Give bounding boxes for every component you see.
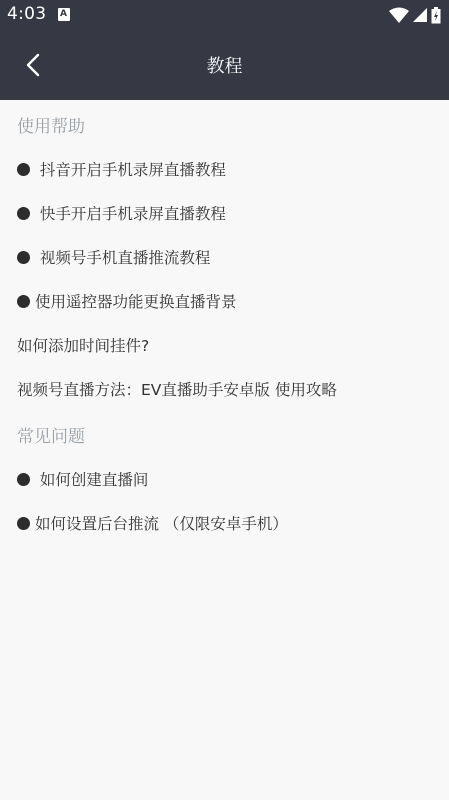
battery-charging-icon [431,7,441,24]
list-item-ev-android-guide[interactable]: 视频号直播方法：EV直播助手安卓版 使用攻略 [17,378,337,400]
status-bar: 4:03 [0,0,449,30]
app-top-bar: 4:03 教程 [0,0,449,100]
bullet-icon [17,251,30,264]
list-item-douyin-tutorial[interactable]: 抖音开启手机录屏直播教程 [17,158,226,180]
list-item-background-push[interactable]: 如何设置后台推流 （仅限安卓手机） [17,512,288,534]
bullet-icon [17,207,30,220]
header: 教程 [0,30,449,100]
bullet-icon [17,163,30,176]
section-title-help: 使用帮助 [17,112,85,137]
list-item-time-widget[interactable]: 如何添加时间挂件? [17,334,149,356]
bullet-icon [17,473,30,486]
list-item-kuaishou-tutorial[interactable]: 快手开启手机录屏直播教程 [17,202,226,224]
notification-a-icon [58,8,70,21]
wifi-icon [389,7,409,23]
list-item-remote-background[interactable]: 使用遥控器功能更换直播背景 [17,290,236,312]
bullet-icon [17,295,30,308]
status-icons [389,6,441,24]
list-item-create-room[interactable]: 如何创建直播间 [17,468,148,490]
bullet-icon [17,517,30,530]
status-time: 4:03 [7,4,46,24]
cellular-signal-icon [413,8,427,22]
page-title: 教程 [0,52,449,78]
section-title-faq: 常见问题 [17,422,85,447]
list-item-shipinhao-tutorial[interactable]: 视频号手机直播推流教程 [17,246,210,268]
